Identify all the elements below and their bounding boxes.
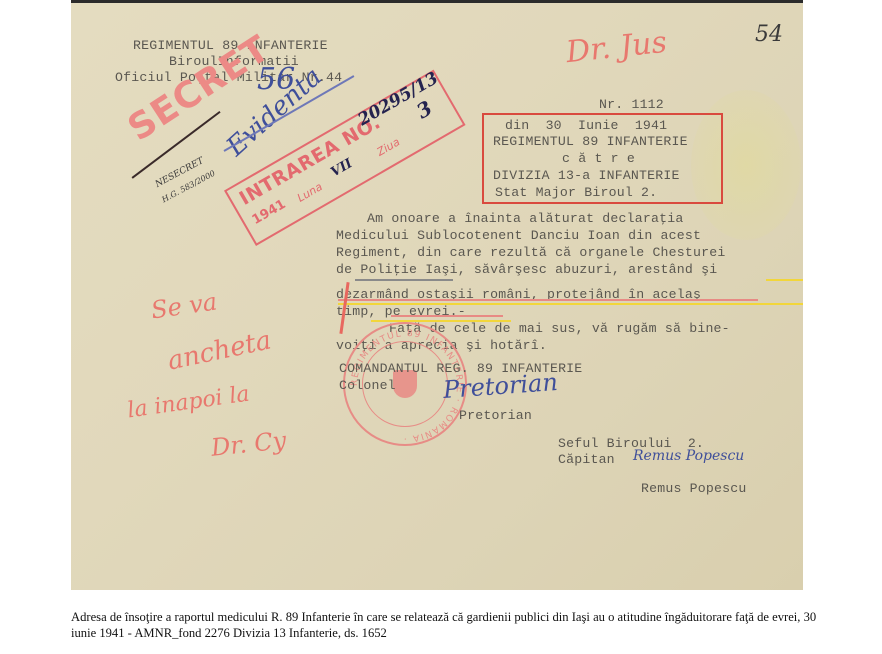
document-caption: Adresa de însoţire a raportul medicului … [71,609,841,641]
body-line-4: de Poliţie Iaşi, săvârşesc abuzuri, ares… [336,262,717,279]
red-underline-line6 [391,315,503,317]
chief-signature: Remus Popescu [633,448,744,464]
highlight-line5 [338,303,803,305]
to-label: c ă t r e [562,151,635,168]
chief-rank: Căpitan [558,452,615,469]
margin-note-line-1: Se va [149,288,218,325]
chief-name: Remus Popescu [641,481,746,498]
document-date: din 30 Iunie 1941 [505,118,667,135]
registry-entry-day: 3 [412,96,436,124]
body-line-5: dezarmând ostaşii români, protejând în a… [336,287,701,304]
body-line-3: Regiment, din care rezultă că organele C… [336,245,725,262]
margin-note-line-2: ancheta [165,325,274,376]
body-line-1: Am onoare a înainta alăturat declaraţia [367,211,683,228]
page-number: 54 [755,22,783,47]
recipient-department: Stat Major Biroul 2. [495,185,657,202]
highlight-line6 [371,320,511,322]
registry-day-label: Ziua [375,135,403,158]
sender-unit: REGIMENTUL 89 INFANTERIE [493,134,688,151]
document-number: Nr. 1112 [599,97,664,114]
body-line-2: Medicului Sublocotenent Danciu Ioan din … [336,228,701,245]
highlight-arestand [766,279,803,281]
body-line-6: timp, pe evrei.- [336,304,466,321]
handwritten-top-note: Dr. Jus [564,25,668,70]
registry-month-label: Luna [295,180,325,205]
commander-rank: Colonel [339,378,396,395]
recipient-unit: DIVIZIA 13-a INFANTERIE [493,168,680,185]
underline-politie-iasi [355,279,453,281]
margin-note-line-3: la inapoi la [126,382,251,424]
red-underline-line5 [338,299,758,301]
commander-name: Pretorian [459,408,532,425]
margin-note-line-4: Dr. Cy [210,426,288,462]
archival-document-scan: 54 REGIMENTUL 89 INFANTERIE BiroulInform… [71,0,803,590]
